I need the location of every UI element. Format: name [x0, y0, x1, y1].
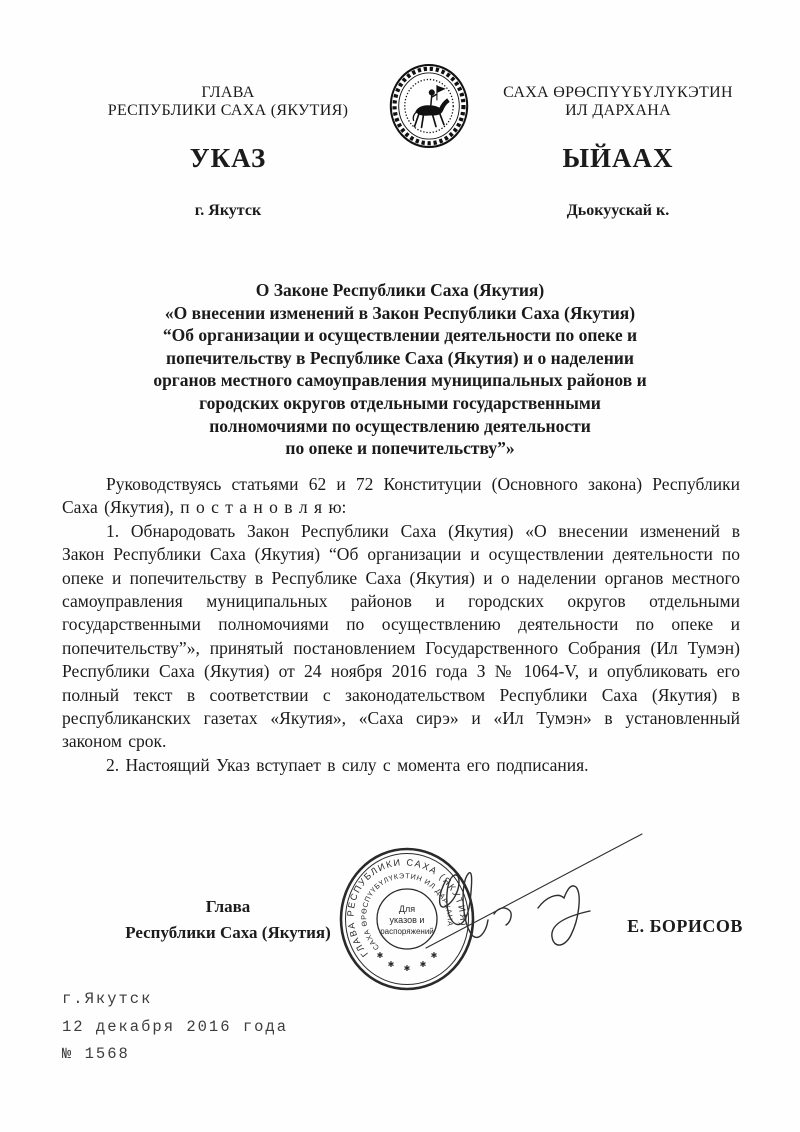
issue-details: г.Якутск 12 декабря 2016 года № 1568	[62, 986, 288, 1069]
issuer-name-sakha-line2: ИЛ ДАРХАНА	[484, 102, 752, 120]
issue-date: 12 декабря 2016 года	[62, 1014, 288, 1042]
body-paragraph-preamble: Руководствуясь статьями 62 и 72 Конститу…	[62, 473, 740, 520]
signatory-post-line1: Глава	[92, 894, 364, 920]
stamp-star-icon: ✱	[388, 960, 395, 969]
issue-number: № 1568	[62, 1041, 288, 1069]
issuer-name-russian-line2: РЕСПУБЛИКИ САХА (ЯКУТИЯ)	[88, 102, 368, 120]
decree-document-page: ГЛАВА РЕСПУБЛИКИ САХА (ЯКУТИЯ) САХА ӨРӨС…	[0, 0, 800, 1132]
issuer-name-russian-line1: ГЛАВА	[88, 84, 368, 102]
issue-city-russian: г. Якутск	[88, 202, 368, 220]
issuer-name-sakha-line1: САХА ӨРӨСПҮҮБҮЛҮКЭТИН	[484, 84, 752, 102]
stamp-star-icon: ✱	[377, 951, 384, 960]
coat-of-arms-icon	[388, 62, 470, 150]
doc-type-russian: УКАЗ	[88, 143, 368, 174]
decree-title: О Законе Республики Саха (Якутия) «О вне…	[80, 279, 720, 460]
signatory-name: Е. БОРИСОВ	[610, 916, 760, 937]
doc-type-sakha: ЫЙААХ	[484, 143, 752, 174]
signatory-post-line2: Республики Саха (Якутия)	[92, 920, 364, 946]
decree-body: Руководствуясь статьями 62 и 72 Конститу…	[62, 473, 740, 777]
issue-city-sakha: Дьокуускай к.	[484, 202, 752, 220]
body-paragraph-item-2: 2. Настоящий Указ вступает в силу с моме…	[62, 754, 740, 777]
issue-place: г.Якутск	[62, 986, 288, 1014]
issuer-name-sakha: САХА ӨРӨСПҮҮБҮЛҮКЭТИН ИЛ ДАРХАНА	[484, 84, 752, 120]
handwritten-signature-icon	[410, 818, 652, 966]
signatory-post: Глава Республики Саха (Якутия)	[92, 894, 364, 946]
body-paragraph-item-1: 1. Обнародовать Закон Республики Саха (Я…	[62, 520, 740, 754]
issuer-name-russian: ГЛАВА РЕСПУБЛИКИ САХА (ЯКУТИЯ)	[88, 84, 368, 120]
